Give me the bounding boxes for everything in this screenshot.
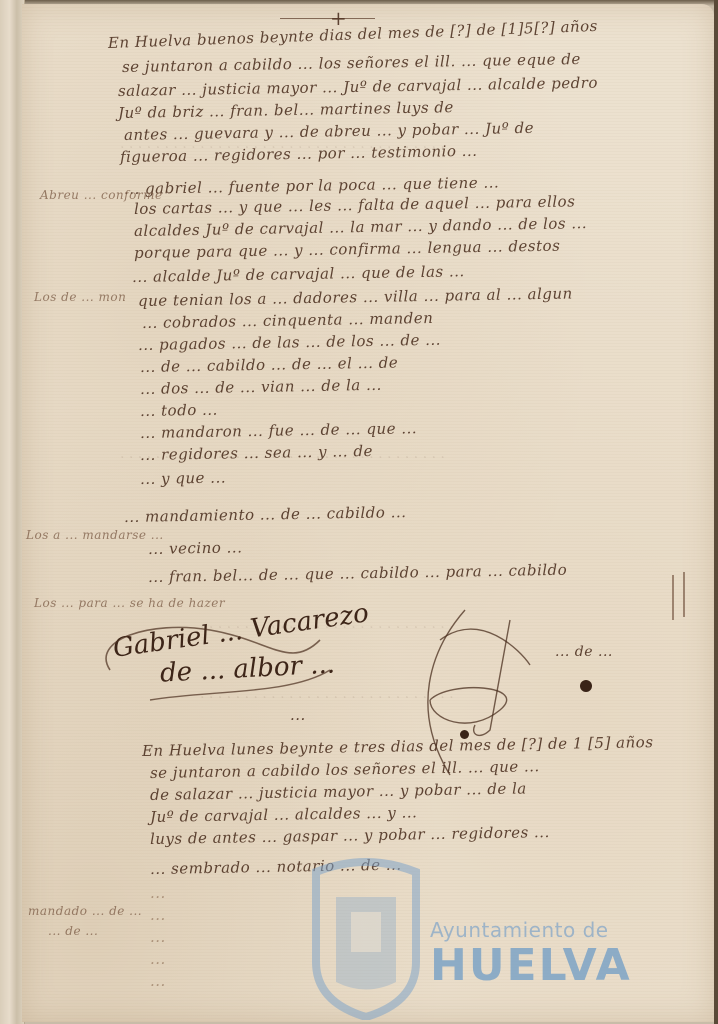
signature-flourish — [90, 600, 350, 710]
ink-blot — [580, 680, 592, 692]
manuscript-line: ... — [150, 972, 166, 990]
margin-note: Los de ... mon — [34, 290, 126, 304]
manuscript-line: ... y que ... — [140, 468, 226, 487]
huelva-shield-watermark — [306, 852, 426, 1020]
margin-rule — [672, 575, 674, 620]
manuscript-line: ... todo ... — [140, 401, 218, 420]
watermark-line2: HUELVA — [430, 940, 632, 991]
manuscript-line: ... — [150, 906, 166, 924]
margin-note: Los a ... mandarse ... — [26, 528, 164, 542]
manuscript-line: ... — [150, 884, 166, 902]
manuscript-line: ... — [290, 706, 306, 724]
margin-rule — [683, 572, 685, 617]
scan-right-edge — [714, 0, 718, 1024]
header-rule — [280, 18, 375, 19]
margin-note: Abreu ... conforme — [40, 188, 163, 202]
manuscript-line: ... — [150, 928, 166, 946]
margin-note: ... de ... — [48, 924, 98, 938]
manuscript-line: ... — [150, 950, 166, 968]
watermark-line1: Ayuntamiento de — [430, 918, 609, 942]
rubric-text: ... de ... — [555, 644, 613, 660]
margin-note: mandado ... de ... — [28, 904, 142, 918]
